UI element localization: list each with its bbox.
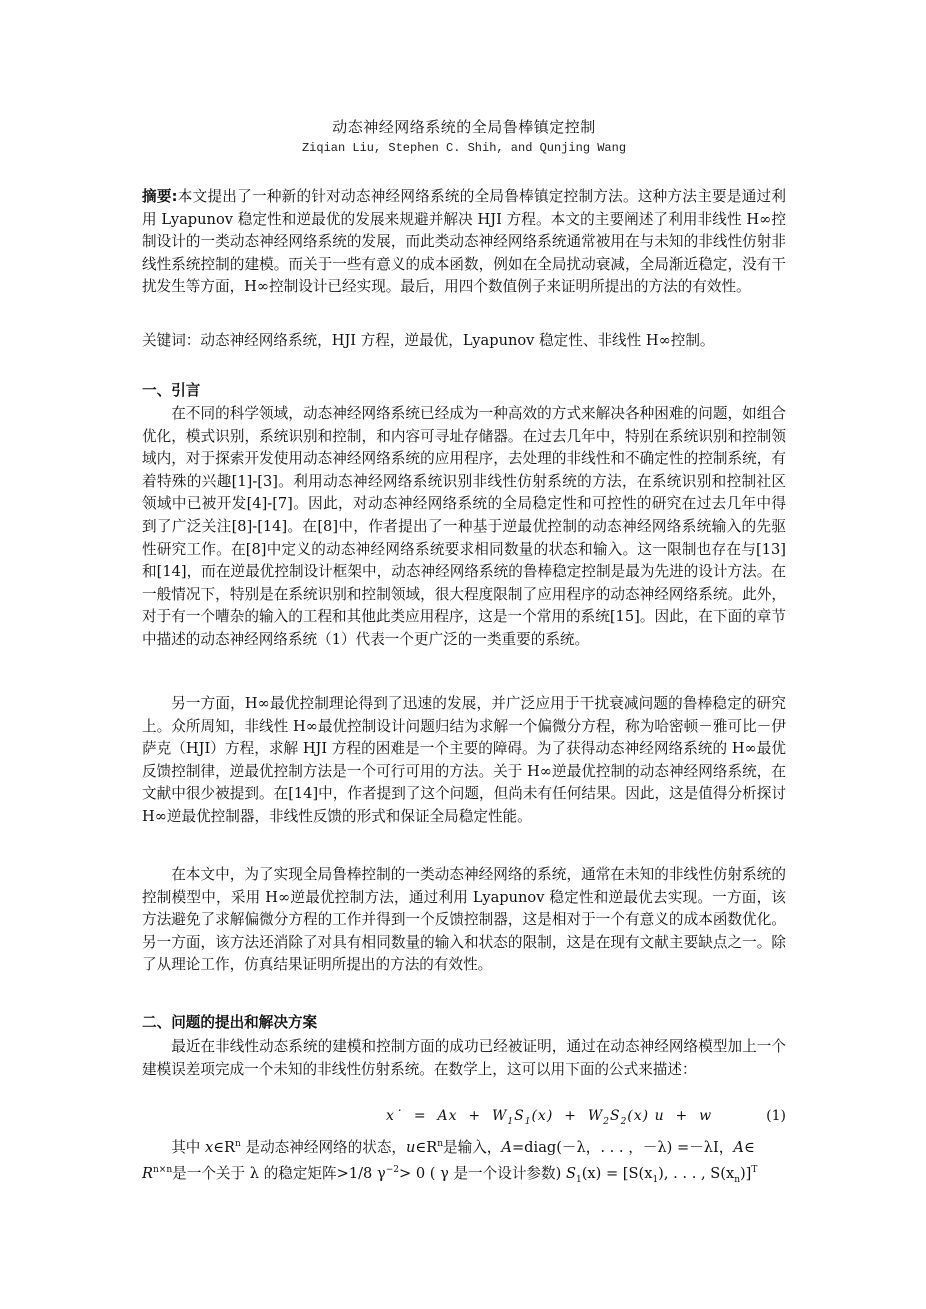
abstract-label: 摘要: <box>142 188 178 205</box>
paragraph-text: 在本文中，为了实现全局鲁棒控制的一类动态神经网络的系统，通常在未知的非线性仿射系… <box>142 864 786 977</box>
paragraph-text: 在不同的科学领域，动态神经网络系统已经成为一种高效的方式来解决各种困难的问题，如… <box>142 403 786 652</box>
paragraph-text: 另一方面，H∞最优控制理论得到了迅速的发展，并广泛应用于干扰衰减问题的鲁棒稳定的… <box>142 693 786 829</box>
abstract: 摘要:本文提出了一种新的针对动态神经网络系统的全局鲁棒镇定控制方法。这种方法主要… <box>142 186 786 299</box>
equation-number: (1) <box>766 1108 786 1124</box>
section-heading-problem-formulation: 二、问题的提出和解决方案 <box>142 1012 786 1035</box>
problem-paragraph-1: 最近在非线性动态系统的建模和控制方面的成功已经被证明，通过在动态神经网络模型加上… <box>142 1036 786 1081</box>
equation-1: x˙ = Ax + W1S1(x) + W2S2(x) u + w (1) <box>142 1108 786 1132</box>
intro-paragraph-3: 在本文中，为了实现全局鲁棒控制的一类动态神经网络的系统，通常在未知的非线性仿射系… <box>142 864 786 977</box>
keywords: 关键词：动态神经网络系统，HJI 方程，逆最优，Lyapunov 稳定性、非线性… <box>142 330 786 353</box>
definitions-line-1: 其中 x∈Rn 是动态神经网络的状态，u∈Rn是输入，A=diag(－λ，. .… <box>142 1133 792 1159</box>
equation-body: x˙ = Ax + W1S1(x) + W2S2(x) u + w <box>386 1108 712 1127</box>
intro-paragraph-1: 在不同的科学领域，动态神经网络系统已经成为一种高效的方式来解决各种困难的问题，如… <box>142 403 786 652</box>
paper-title: 动态神经网络系统的全局鲁棒镇定控制 <box>142 116 786 137</box>
abstract-text: 本文提出了一种新的针对动态神经网络系统的全局鲁棒镇定控制方法。这种方法主要是通过… <box>142 188 786 295</box>
definitions-line-2: Rn×n是一个关于 λ 的稳定矩阵>1/8 γ−2> 0 ( γ 是一个设计参数… <box>142 1159 792 1191</box>
paper-authors: Ziqian Liu, Stephen C. Shih, and Qunjing… <box>142 141 786 155</box>
variable-definitions: 其中 x∈Rn 是动态神经网络的状态，u∈Rn是输入，A=diag(－λ，. .… <box>142 1133 792 1192</box>
section-heading-introduction: 一、引言 <box>142 380 786 403</box>
intro-paragraph-2: 另一方面，H∞最优控制理论得到了迅速的发展，并广泛应用于干扰衰减问题的鲁棒稳定的… <box>142 693 786 829</box>
paragraph-text: 最近在非线性动态系统的建模和控制方面的成功已经被证明，通过在动态神经网络模型加上… <box>142 1036 786 1081</box>
keywords-text: 动态神经网络系统，HJI 方程，逆最优，Lyapunov 稳定性、非线性 H∞控… <box>200 332 714 349</box>
keywords-label: 关键词： <box>142 332 200 349</box>
